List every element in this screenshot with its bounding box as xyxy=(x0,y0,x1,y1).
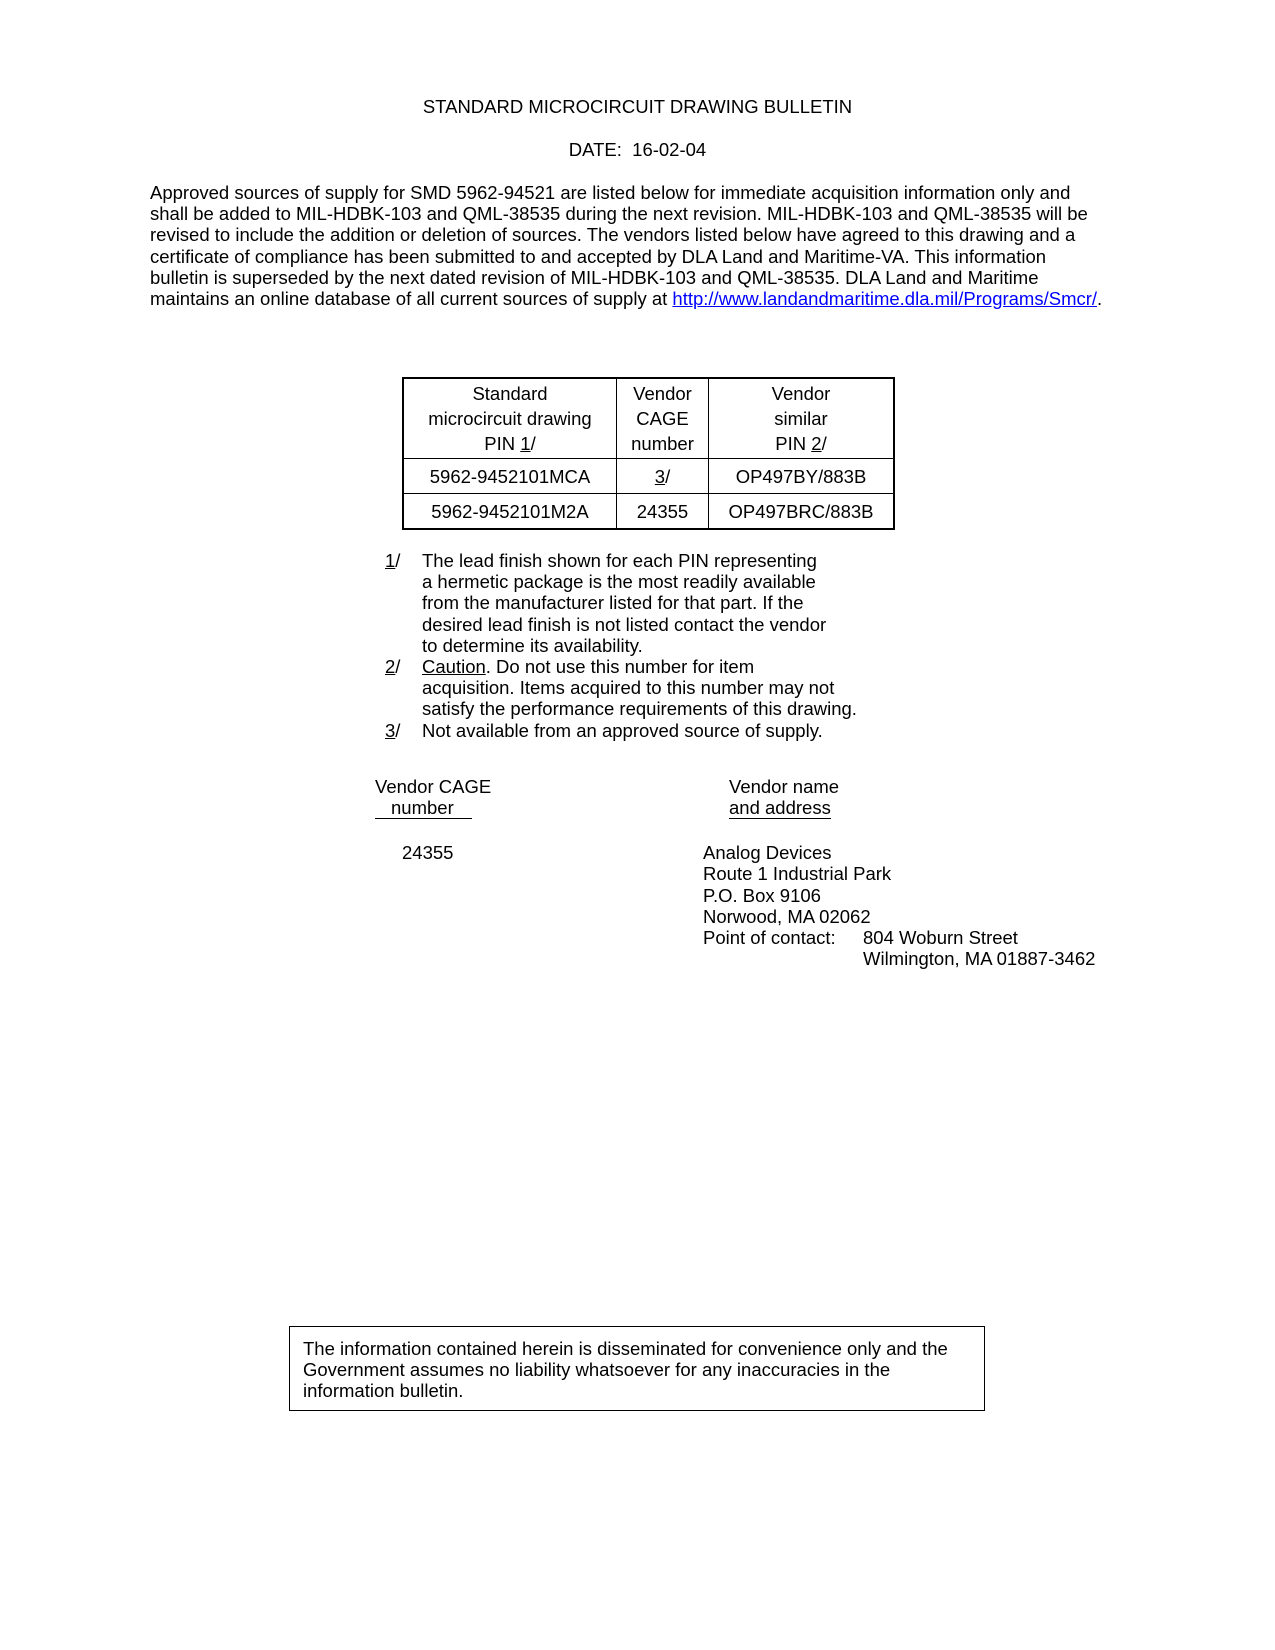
note-slash: / xyxy=(395,720,400,741)
note-slash: / xyxy=(822,433,827,454)
address-line: Wilmington, MA 01887-3462 xyxy=(863,948,1095,969)
header-cage-number: Vendor CAGE number xyxy=(617,378,709,459)
footnote-marker: 2/ xyxy=(385,656,422,720)
note-slash: / xyxy=(665,466,670,487)
header-vendor-pin: Vendor similar PIN 2/ xyxy=(709,378,895,459)
header-line: PIN xyxy=(775,433,811,454)
table-row: 5962-9452101M2A 24355 OP497BRC/883B xyxy=(403,494,894,530)
note-ref-2: 2 xyxy=(811,433,821,454)
vendor-address: Analog Devices Route 1 Industrial Park P… xyxy=(703,842,1095,970)
note-ref-1: 1 xyxy=(520,433,530,454)
header-line: microcircuit drawing xyxy=(428,408,591,429)
header-line: and address xyxy=(729,797,831,819)
note-slash: / xyxy=(395,550,400,571)
intro-paragraph: Approved sources of supply for SMD 5962-… xyxy=(150,182,1130,309)
poc-label: Point of contact: xyxy=(703,927,863,970)
address-line: P.O. Box 9106 xyxy=(703,885,1095,906)
header-line: Vendor xyxy=(633,383,692,404)
table-row: 5962-9452101MCA 3/ OP497BY/883B xyxy=(403,459,894,494)
bulletin-date: DATE: 16-02-04 xyxy=(0,139,1275,161)
vendor-cage-value: 24355 xyxy=(402,842,453,863)
sources-database-link[interactable]: http://www.landandmaritime.dla.mil/Progr… xyxy=(672,288,1097,309)
cell-smd-pin: 5962-9452101MCA xyxy=(403,459,617,494)
footnote-body: . Do not use this number for item acquis… xyxy=(422,656,857,719)
intro-period: . xyxy=(1097,288,1102,309)
vendor-name-header: Vendor name and address xyxy=(729,776,839,818)
note-slash: / xyxy=(395,656,400,677)
header-line: CAGE xyxy=(636,408,688,429)
cell-cage: 24355 xyxy=(617,494,709,530)
vendor-cage-header: Vendor CAGE number xyxy=(375,776,491,819)
header-line: number xyxy=(631,433,694,454)
header-line: similar xyxy=(774,408,827,429)
footnote-number: 2 xyxy=(385,656,395,677)
footnotes: 1/ The lead finish shown for each PIN re… xyxy=(385,550,857,741)
bulletin-title: STANDARD MICROCIRCUIT DRAWING BULLETIN xyxy=(0,96,1275,118)
date-label: DATE: xyxy=(569,139,622,160)
header-line: number xyxy=(375,797,472,819)
address-line: Norwood, MA 02062 xyxy=(703,906,1095,927)
point-of-contact: Point of contact: 804 Woburn Street Wilm… xyxy=(703,927,1095,970)
footnote-number: 3 xyxy=(385,720,395,741)
table-header-row: Standard microcircuit drawing PIN 1/ Ven… xyxy=(403,378,894,459)
disclaimer-box: The information contained herein is diss… xyxy=(289,1326,985,1411)
vendor-name: Analog Devices xyxy=(703,842,1095,863)
address-line: 804 Woburn Street xyxy=(863,927,1018,948)
header-smd-pin: Standard microcircuit drawing PIN 1/ xyxy=(403,378,617,459)
footnote-text: Caution. Do not use this number for item… xyxy=(422,656,857,720)
note-slash: / xyxy=(531,433,536,454)
cell-smd-pin: 5962-9452101M2A xyxy=(403,494,617,530)
cell-vendor-pin: OP497BY/883B xyxy=(709,459,895,494)
header-line: PIN xyxy=(484,433,520,454)
header-line: Vendor xyxy=(772,383,831,404)
footnote-text: The lead finish shown for each PIN repre… xyxy=(422,550,826,656)
footnote-2: 2/ Caution. Do not use this number for i… xyxy=(385,656,857,720)
date-value: 16-02-04 xyxy=(632,139,706,160)
footnote-marker: 1/ xyxy=(385,550,422,656)
footnote-3: 3/ Not available from an approved source… xyxy=(385,720,857,741)
header-line: Vendor name xyxy=(729,776,839,797)
caution-label: Caution xyxy=(422,656,486,677)
header-line: Vendor CAGE xyxy=(375,776,491,797)
footnote-marker: 3/ xyxy=(385,720,422,741)
footnote-text: Not available from an approved source of… xyxy=(422,720,823,741)
footnote-1: 1/ The lead finish shown for each PIN re… xyxy=(385,550,857,656)
header-line: Standard xyxy=(472,383,547,404)
cell-vendor-pin: OP497BRC/883B xyxy=(709,494,895,530)
approved-sources-table: Standard microcircuit drawing PIN 1/ Ven… xyxy=(402,377,895,530)
cell-cage: 3/ xyxy=(617,459,709,494)
footnote-number: 1 xyxy=(385,550,395,571)
note-ref-3: 3 xyxy=(655,466,665,487)
address-line: Route 1 Industrial Park xyxy=(703,863,1095,884)
poc-address: 804 Woburn Street Wilmington, MA 01887-3… xyxy=(863,927,1095,970)
